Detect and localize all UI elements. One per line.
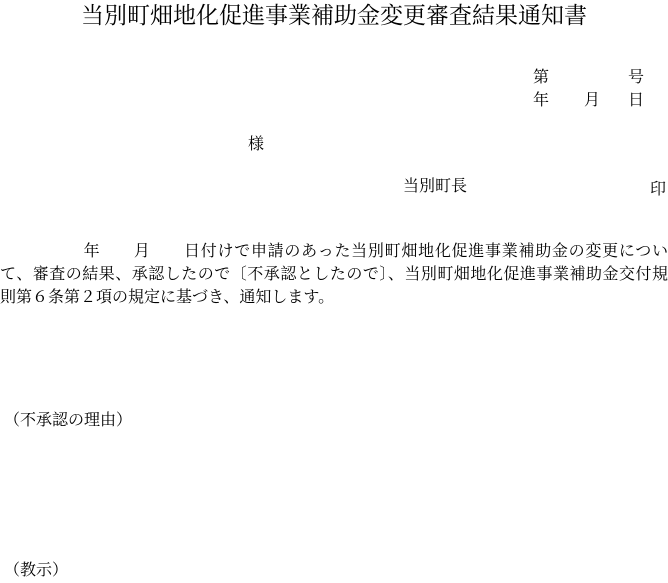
sender-title-label: 当別町長 — [403, 178, 467, 196]
body-line-3: 則第６条第２項の規定に基づき、通知します。 — [0, 286, 668, 309]
body-paragraph: 年 月 日付けで申請のあった当別町畑地化促進事業補助金の変更につい て、審査の結… — [0, 240, 668, 309]
date-month-label: 月 — [584, 92, 600, 110]
doc-number-prefix-label: 第 — [533, 69, 549, 87]
date-day-label: 日 — [628, 92, 644, 110]
body-line-2: て、審査の結果、承認したので〔不承認としたので〕、当別町畑地化促進事業補助金交付… — [0, 263, 668, 286]
notification-document-page: 当別町畑地化促進事業補助金変更審査結果通知書 第 号 年 月 日 様 当別町長 … — [0, 0, 668, 583]
instruction-label: （教示） — [4, 562, 68, 580]
doc-number-suffix-label: 号 — [628, 69, 644, 87]
date-year-label: 年 — [533, 92, 549, 110]
addressee-honorific-label: 様 — [248, 136, 264, 154]
disapproval-reason-label: （不承認の理由） — [4, 412, 132, 430]
document-title: 当別町畑地化促進事業補助金変更審査結果通知書 — [0, 3, 668, 29]
body-line-1: 年 月 日付けで申請のあった当別町畑地化促進事業補助金の変更につい — [0, 240, 668, 263]
seal-placeholder-mark: 印 — [650, 181, 666, 199]
